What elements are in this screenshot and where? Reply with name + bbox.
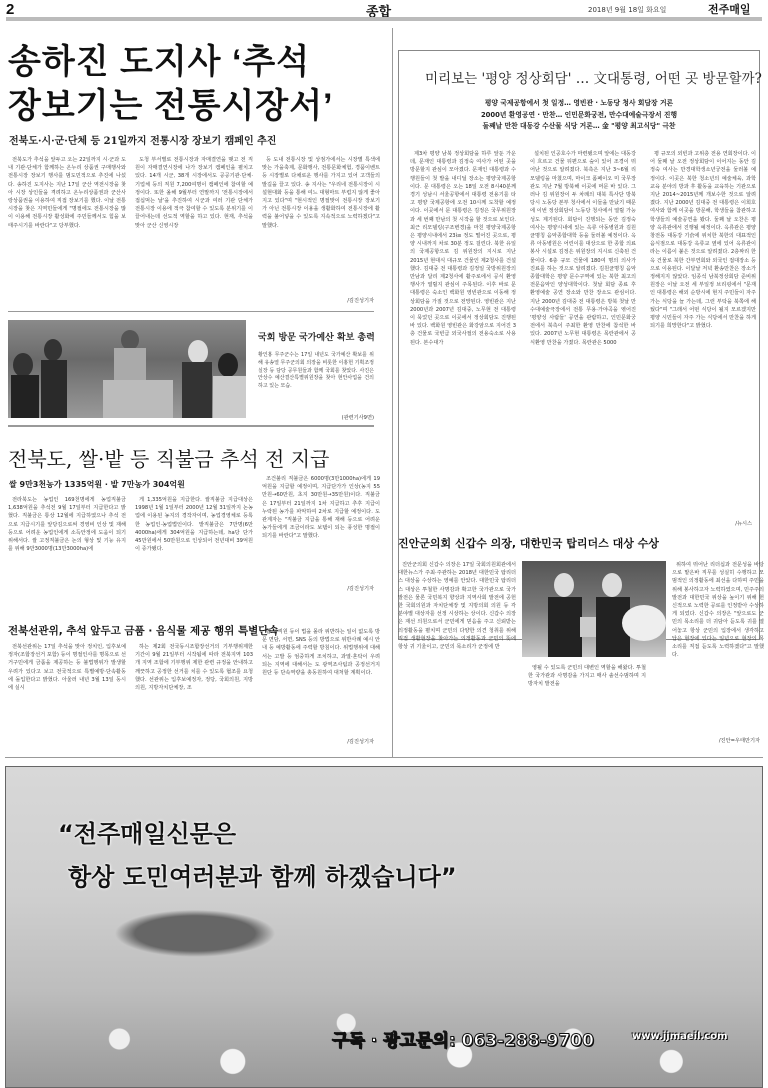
article2-subheadline: 2000년 환영공연 · 만찬… 인민문화궁전, 만수대예술극장서 진행 xyxy=(398,110,760,122)
article2-subheadlines: 평양 국제공항에서 첫 일정… 영빈관 · 노동당 청사 회담장 거론 2000… xyxy=(398,98,760,133)
article3-subheadline: 쌀 9만3천농가 1335억원 · 밭 7만농가 304억원 xyxy=(9,479,185,490)
article5-column-3: 위하여 뛰어난 리더십과 전문성을 바탕으로 맡은바 직무를 성실히 수행하고 … xyxy=(672,561,764,731)
article3-column-1: 전라북도는 농업인 169천명에게 농업직불금 1,638억원을 추석전 9월 … xyxy=(8,496,126,594)
article2-subheadline: 평양 국제공항에서 첫 일정… 영빈관 · 노동당 청사 회담장 거론 xyxy=(398,98,760,110)
article1-column-1: 전북도가 추석을 앞두고 오는 22일까지 시·군과 도내 기관·단체가 함께하… xyxy=(8,156,126,306)
article3-headline: 전북도, 쌀·밭 등 직불금 추석 전 지급 xyxy=(8,443,329,472)
article2-column-2: 설치된 인공호수가 마련됐으며 앞에는 대동강이 흐르고 건물 뒤편으로 숲이 … xyxy=(530,150,636,530)
article1-column-3: 등 도내 전통시장 및 상점가에서는 시장별 특색에 맞는 가을축제, 문화행사… xyxy=(262,156,380,286)
article3-column-3: 조건불리 직불금은 6000명(3만1000ha)에게 19억원을 지급할 예정… xyxy=(262,475,380,583)
photo-budget-meeting xyxy=(8,320,246,418)
ad-website-link[interactable]: www.jjmaeil.com xyxy=(632,1031,728,1042)
ad-slogan-line2: 항상 도민여러분과 함께 하겠습니다” xyxy=(68,857,457,892)
photo-people-illustration xyxy=(8,320,246,418)
article2-column-3: 평 규모의 외빈과 고위층 전용 연회장이다. 이어 둘째 날 오전 정상회담이… xyxy=(650,150,756,530)
issue-date: 2018년 9월 18일 화요일 xyxy=(588,5,666,15)
article5-byline: /진안=우태만기자 xyxy=(660,737,760,744)
article2-byline: /뉴시스 xyxy=(700,520,752,527)
photo1-related-note: (관련기사9면) xyxy=(258,414,374,421)
article1-column-2: 도청 부서별로 전통시장과 자매결연을 맺고 전 직원이 자매결연시장에 나가 … xyxy=(135,156,253,306)
photo1-caption-title: 국회 방문 국가예산 확보 총력 xyxy=(258,330,375,343)
article1-headline: 송하진 도지사 ‘추석 장보기는 전통시장서’ xyxy=(8,40,334,128)
page-number: 2 xyxy=(6,1,14,18)
article4-headline: 전북선관위, 추석 앞두고 금품 · 음식물 제공 행위 특별단속 xyxy=(8,623,279,638)
divider xyxy=(5,757,763,758)
article2-headline: 미리보는 '평양 정상회담' … 文대통령, 어떤 곳 방문할까? xyxy=(425,67,762,87)
article4-column-3: 합 임직원 등이 법을 몰라 위반하는 일이 없도록 방문 면담, 서면, SN… xyxy=(262,628,380,736)
article3-column-2: 게 1,335억원을 지급한다. 쌀직불금 지급대상은 1998년 1월 1일부… xyxy=(135,496,253,594)
divider xyxy=(8,311,374,312)
article2-column-1: 제3차 평양 남북 정상회담을 하루 앞둔 가운데, 문재인 대통령과 김정숙 … xyxy=(410,150,516,530)
article4-column-1: 전북선관위는 17일 추석을 맞아 정치인, 입후보예정자(조합장선거 포함) … xyxy=(8,643,126,751)
article5-column-1: 진안군의회 신갑수 의장은 17일 국회의원회관에서 대한뉴스가 주최·주관하는… xyxy=(398,561,516,746)
photo-award-ceremony xyxy=(522,561,666,657)
article5-headline: 진안군의회 신갑수 의장, 대한민국 탑리더스 대상 수상 xyxy=(398,535,659,551)
column-separator xyxy=(392,28,393,758)
article4-byline: /김진성기자 xyxy=(262,738,374,745)
photo-award-illustration xyxy=(522,561,666,657)
article4-column-2: 하는 제2회 전국동시조합장선거의 기부행위제한 기간이 9월 21일부터 시작… xyxy=(135,643,253,751)
headline-line2: 장보기는 전통시장서’ xyxy=(8,84,334,128)
article1-subheadline: 전북도·시·군·단체 등 21일까지 전통시장 장보기 캠페인 추진 xyxy=(9,132,276,147)
article1-byline: /김진성기자 xyxy=(262,297,374,304)
divider xyxy=(8,425,374,427)
headline-line1: 송하진 도지사 ‘추석 xyxy=(8,40,334,84)
article3-byline: /김진성기자 xyxy=(262,585,374,592)
masthead-rule xyxy=(6,17,762,21)
ad-slogan-line1: “전주매일신문은 xyxy=(58,814,236,849)
article2-subheadline: 둘째날 만찬 대동강 수산물 식당 거론… 金 "평양 최고식당" 극찬 xyxy=(398,121,760,133)
photo1-caption-body: 황인홍 무주군수는 17일 내년도 국가예산 확보를 위해 유송열 무주군의회 … xyxy=(258,352,374,391)
paper-name: 전주매일 xyxy=(708,1,751,17)
article5-column-2: 영될 수 있도록 군민의 대변인 역할을 해왔다. 투철한 국가관과 사명감을 … xyxy=(528,664,646,744)
ad-contact-phone: 구독 · 광고문의: 063-288-9700 xyxy=(332,1026,594,1051)
